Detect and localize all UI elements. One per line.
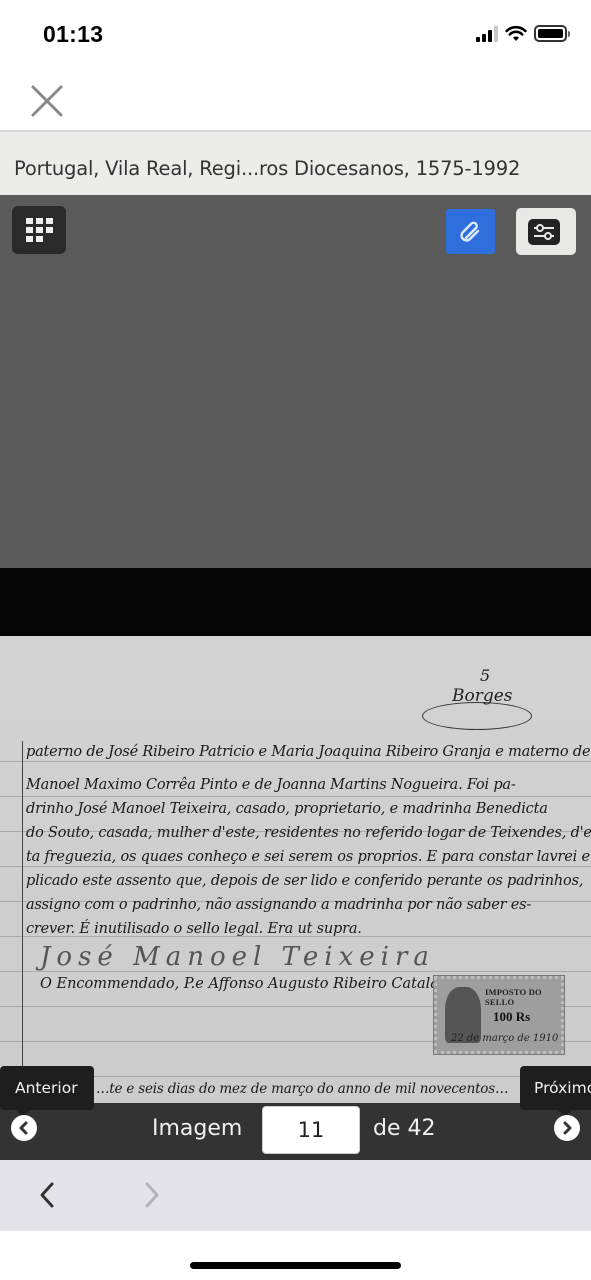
back-chevron-icon[interactable] — [33, 1180, 63, 1210]
battery-icon — [534, 25, 567, 42]
close-icon[interactable] — [28, 82, 66, 120]
total-images-label: de 42 — [373, 1116, 436, 1141]
collection-title: Portugal, Vila Real, Regi...ros Diocesan… — [14, 157, 520, 180]
close-row — [0, 70, 591, 132]
status-time: 01:13 — [43, 21, 103, 48]
priest-signature: O Encommendado, P.e Affonso Augusto Ribe… — [40, 976, 448, 992]
page-number: 5 — [480, 666, 490, 685]
chevron-left-circle-icon — [17, 1121, 31, 1135]
previous-image-button[interactable] — [11, 1115, 37, 1141]
image-viewer[interactable]: 5 Borges paterno de José Ribeiro Patrici… — [0, 195, 591, 1160]
text-line: crever. É inutilisado o sello legal. Era… — [26, 921, 362, 937]
chevron-right-circle-icon — [560, 1121, 574, 1135]
next-tooltip-label: Próximo — [534, 1079, 591, 1097]
text-line: paterno de José Ribeiro Patricio e Maria… — [26, 744, 590, 760]
text-line: …te e seis dias do mez de março do anno … — [96, 1081, 508, 1097]
status-bar: 01:13 — [0, 0, 591, 70]
next-tooltip: Próximo — [520, 1066, 591, 1110]
attach-button[interactable] — [446, 209, 495, 254]
browser-toolbar — [0, 1160, 591, 1231]
collection-title-bar: Portugal, Vila Real, Regi...ros Diocesan… — [0, 132, 591, 195]
text-line: drinho José Manoel Teixeira, casado, pro… — [26, 801, 548, 817]
status-icons — [476, 25, 567, 42]
text-line: do Souto, casada, mulher d'este, residen… — [26, 825, 591, 841]
flourish — [422, 702, 532, 730]
image-settings-button[interactable] — [516, 208, 576, 255]
text-line: ta freguezia, os quaes conheço e sei ser… — [26, 849, 591, 865]
stamp-title: IMPOSTO DO SELLO — [485, 987, 561, 1007]
godfather-signature: José Manoel Teixeira — [40, 942, 435, 972]
grid-view-button[interactable] — [12, 206, 66, 254]
image-number-input[interactable] — [262, 1106, 360, 1154]
signal-icon — [476, 26, 498, 42]
paperclip-icon — [457, 218, 485, 246]
forward-chevron-icon[interactable] — [136, 1180, 166, 1210]
tax-stamp: IMPOSTO DO SELLO 100 Rs 22 de março de 1… — [434, 976, 564, 1054]
previous-tooltip-label: Anterior — [15, 1079, 78, 1097]
image-label: Imagem — [152, 1116, 242, 1141]
text-line: assigno com o padrinho, não assignando a… — [26, 897, 531, 913]
stamp-value: 100 Rs — [493, 1009, 530, 1025]
text-line: Manoel Maximo Corrêa Pinto e de Joanna M… — [26, 777, 516, 793]
stamp-date: 22 de março de 1910 — [451, 1033, 558, 1044]
sliders-icon — [528, 219, 560, 245]
wifi-icon — [505, 25, 527, 42]
previous-tooltip: Anterior — [0, 1066, 94, 1110]
next-image-button[interactable] — [554, 1115, 580, 1141]
text-line: plicado este assento que, depois de ser … — [26, 873, 583, 889]
home-indicator[interactable] — [190, 1262, 401, 1269]
